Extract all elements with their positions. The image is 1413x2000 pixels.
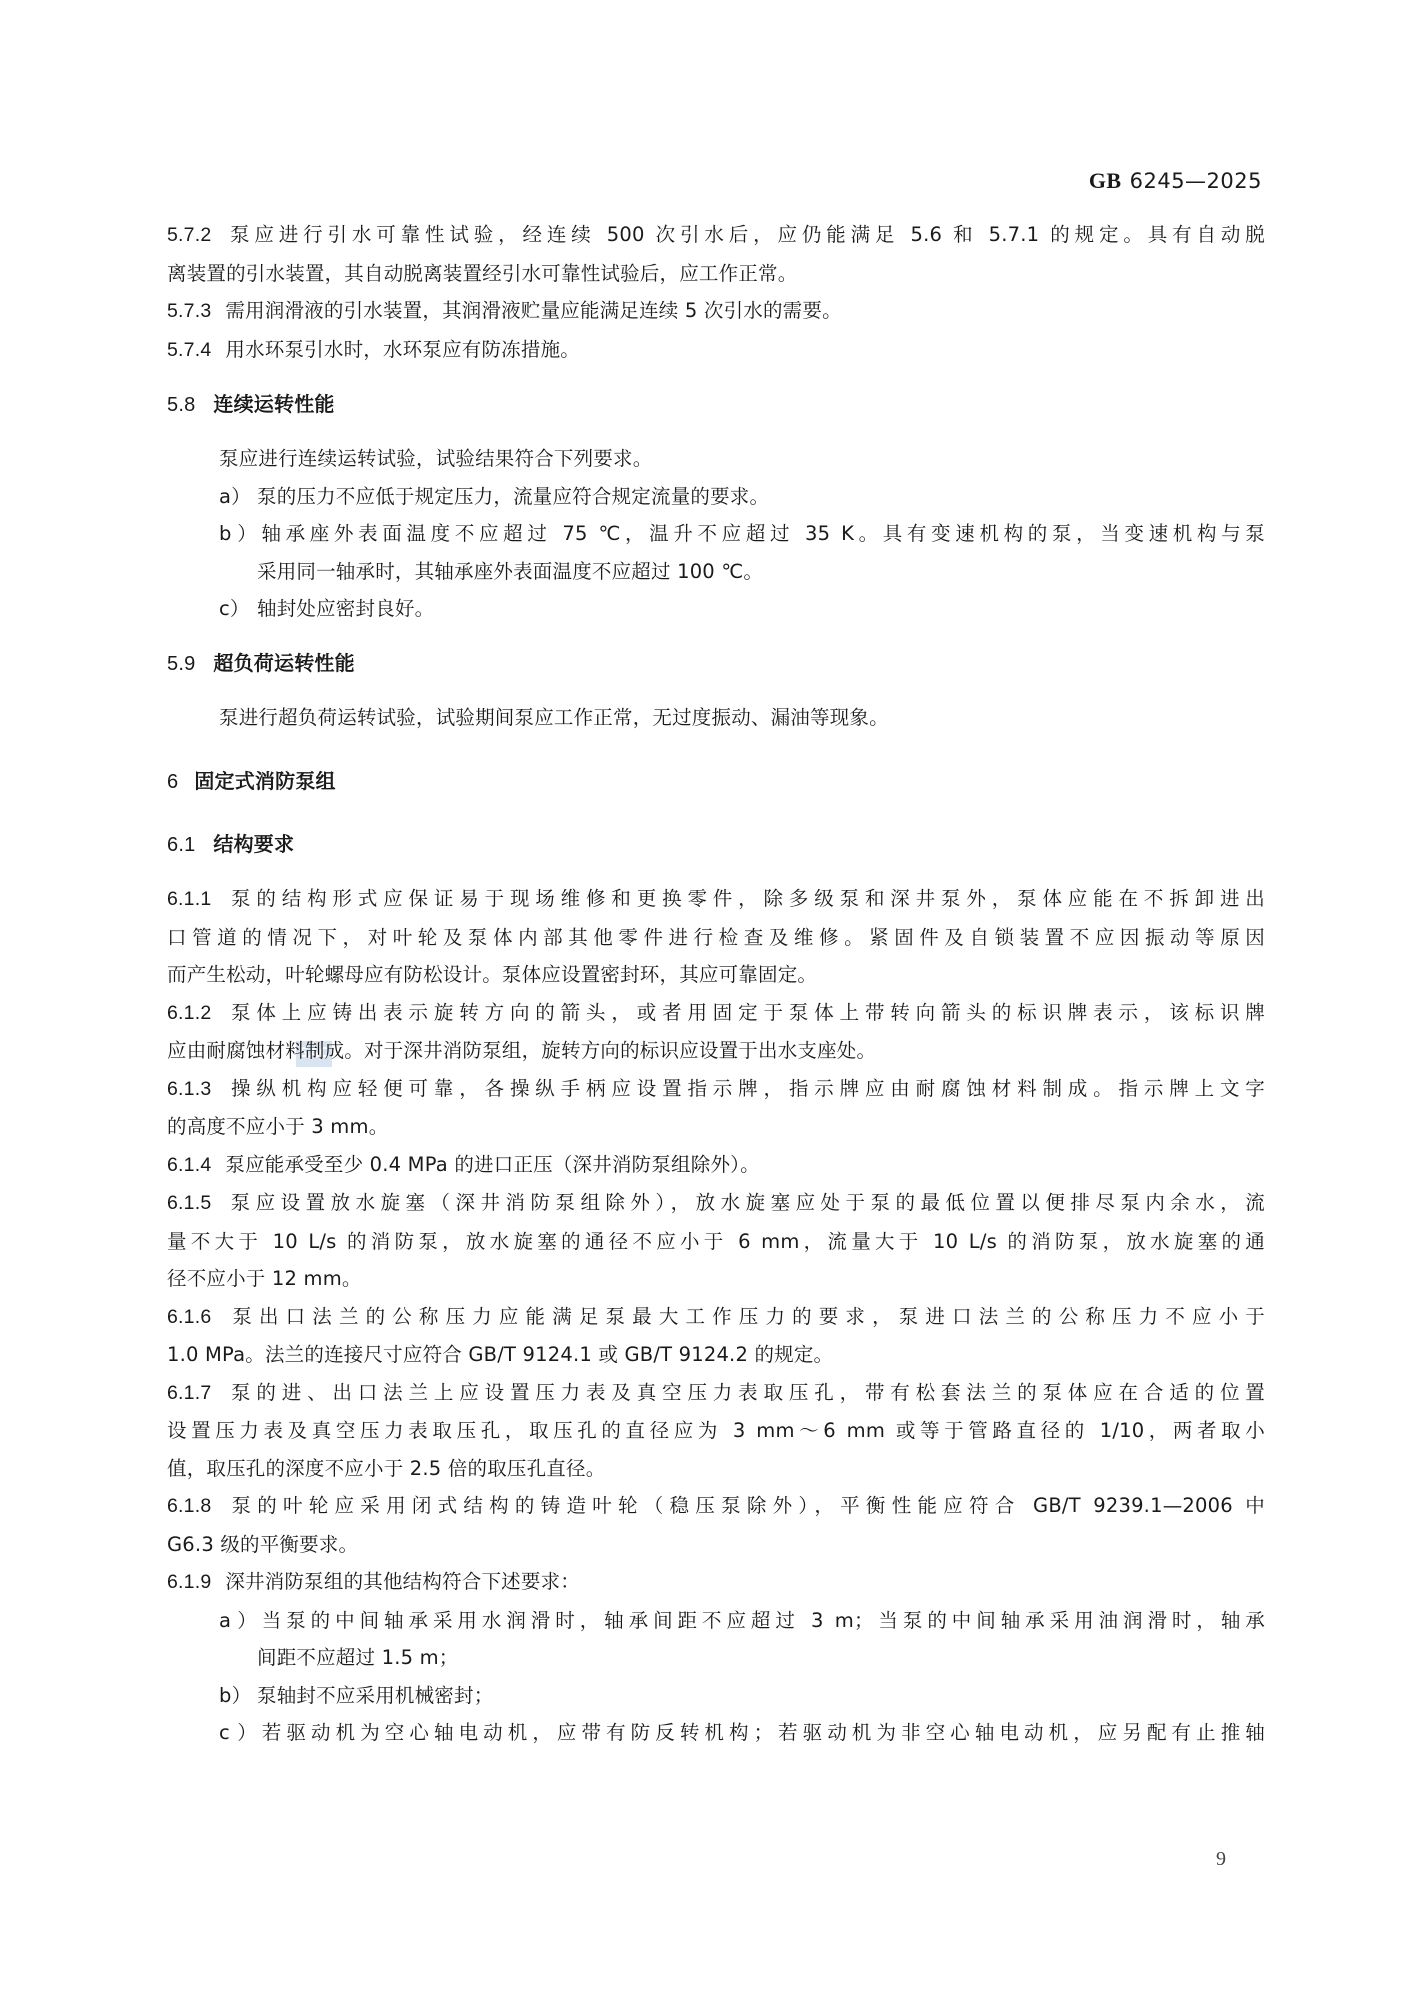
clause-6-1-5-line-1: 6.1.5泵应设置放水旋塞（深井消防泵组除外），放水旋塞应处于泵的最低位置以便排…: [167, 1184, 1265, 1223]
clause-6-1-5-line-2: 量不大于 10 L/s 的消防泵，放水旋塞的通径不应小于 6 mm，流量大于 1…: [167, 1223, 1265, 1261]
clause-number: 6.1.4: [167, 1147, 211, 1185]
clause-6-1-6-line-2: 1.0 MPa。法兰的连接尺寸应符合 GB/T 9124.1 或 GB/T 91…: [167, 1336, 1265, 1374]
document-page: GB6245—2025 SAC 5.7.2泵应进行引水可靠性试验，经连续 500…: [0, 0, 1413, 2000]
clause-6-1-6-line-1: 6.1.6泵出口法兰的公称压力应能满足泵最大工作压力的要求，泵进口法兰的公称压力…: [167, 1298, 1265, 1337]
item-label: a）: [219, 478, 257, 516]
clause-number: 5.7.4: [167, 332, 211, 370]
item-label: b）: [219, 515, 257, 553]
clause-6-1-9-item-c: c）若驱动机为空心轴电动机，应带有防反转机构；若驱动机为非空心轴电动机，应另配有…: [167, 1714, 1265, 1752]
item-label: b）: [219, 1677, 257, 1715]
clause-number: 6.1.9: [167, 1564, 211, 1602]
clause-6-1-5-line-3: 径不应小于 12 mm。: [167, 1260, 1265, 1298]
clause-6-1-9-item-b: b）泵轴封不应采用机械密封；: [167, 1677, 1265, 1715]
clause-5-7-2-line-1: 5.7.2泵应进行引水可靠性试验，经连续 500 次引水后，应仍能满足 5.6 …: [167, 216, 1265, 255]
heading-6: 6固定式消防泵组: [167, 762, 1265, 801]
clause-6-1-4: 6.1.4泵应能承受至少 0.4 MPa 的进口正压（深井消防泵组除外）。: [167, 1146, 1265, 1185]
heading-title: 结构要求: [213, 832, 294, 856]
clause-5-7-3: 5.7.3需用润滑液的引水装置，其润滑液贮量应能满足连续 5 次引水的需要。: [167, 292, 1265, 331]
clause-6-1-1-line-2: 口管道的情况下，对叶轮及泵体内部其他零件进行检查及维修。紧固件及自锁装置不应因振…: [167, 919, 1265, 957]
clause-6-1-1-line-1: 6.1.1泵的结构形式应保证易于现场维修和更换零件，除多级泵和深井泵外，泵体应能…: [167, 880, 1265, 919]
clause-number: 6.1.3: [167, 1071, 211, 1109]
heading-6-1: 6.1结构要求: [167, 825, 1265, 864]
clause-5-9-intro: 泵进行超负荷运转试验，试验期间泵应工作正常，无过度振动、漏油等现象。: [167, 699, 1265, 737]
clause-6-1-9-item-a-line-1: a）当泵的中间轴承采用水润滑时，轴承间距不应超过 3 m；当泵的中间轴承采用油润…: [167, 1602, 1265, 1640]
heading-title: 连续运转性能: [213, 392, 334, 416]
item-label: a）: [219, 1602, 257, 1640]
clause-5-8-item-b-line-2: 采用同一轴承时，其轴承座外表面温度不应超过 100 ℃。: [167, 553, 1265, 591]
clause-6-1-9-intro: 6.1.9深井消防泵组的其他结构符合下述要求：: [167, 1563, 1265, 1602]
clause-number: 5.7.3: [167, 293, 211, 331]
page-number: 9: [1216, 1848, 1226, 1871]
clause-6-1-3-line-1: 6.1.3操纵机构应轻便可靠，各操纵手柄应设置指示牌，指示牌应由耐腐蚀材料制成。…: [167, 1070, 1265, 1109]
clause-6-1-7-line-1: 6.1.7泵的进、出口法兰上应设置压力表及真空压力表取压孔，带有松套法兰的泵体应…: [167, 1374, 1265, 1413]
clause-5-8-item-a: a）泵的压力不应低于规定压力，流量应符合规定流量的要求。: [167, 478, 1265, 516]
clause-5-8-intro: 泵应进行连续运转试验，试验结果符合下列要求。: [167, 440, 1265, 478]
clause-number: 6.1.8: [167, 1488, 211, 1526]
clause-6-1-2-line-2: 应由耐腐蚀材料制成。对于深井消防泵组，旋转方向的标识应设置于出水支座处。: [167, 1032, 1265, 1070]
heading-number: 6: [167, 763, 178, 801]
clause-6-1-2-line-1: 6.1.2泵体上应铸出表示旋转方向的箭头，或者用固定于泵体上带转向箭头的标识牌表…: [167, 994, 1265, 1033]
standard-number: 6245—2025: [1130, 169, 1262, 193]
heading-5-9: 5.9超负荷运转性能: [167, 644, 1265, 683]
heading-number: 6.1: [167, 826, 195, 864]
clause-number: 6.1.7: [167, 1375, 211, 1413]
heading-title: 超负荷运转性能: [213, 651, 354, 675]
heading-title: 固定式消防泵组: [194, 769, 335, 793]
clause-6-1-1-line-3: 而产生松动，叶轮螺母应有防松设计。泵体应设置密封环，其应可靠固定。: [167, 956, 1265, 994]
clause-number: 6.1.2: [167, 995, 211, 1033]
standard-prefix: GB: [1089, 168, 1122, 193]
heading-number: 5.8: [167, 386, 195, 424]
clause-5-8-item-c: c）轴封处应密封良好。: [167, 590, 1265, 628]
heading-5-8: 5.8连续运转性能: [167, 385, 1265, 424]
clause-5-8-item-b-line-1: b）轴承座外表面温度不应超过 75 ℃，温升不应超过 35 K。具有变速机构的泵…: [167, 515, 1265, 553]
clause-number: 6.1.5: [167, 1185, 211, 1223]
heading-number: 5.9: [167, 645, 195, 683]
clause-6-1-7-line-2: 设置压力表及真空压力表取压孔，取压孔的直径应为 3 mm～6 mm 或等于管路直…: [167, 1412, 1265, 1450]
clause-5-7-4: 5.7.4用水环泵引水时，水环泵应有防冻措施。: [167, 331, 1265, 370]
clause-number: 5.7.2: [167, 217, 211, 255]
clause-5-7-2-line-2: 离装置的引水装置，其自动脱离装置经引水可靠性试验后，应工作正常。: [167, 255, 1265, 293]
clause-number: 6.1.6: [167, 1299, 211, 1337]
clause-6-1-8-line-1: 6.1.8泵的叶轮应采用闭式结构的铸造叶轮（稳压泵除外），平衡性能应符合 GB/…: [167, 1487, 1265, 1526]
standard-code-header: GB6245—2025: [1089, 168, 1262, 194]
clause-number: 6.1.1: [167, 881, 211, 919]
clause-6-1-9-item-a-line-2: 间距不应超过 1.5 m；: [167, 1639, 1265, 1677]
clause-6-1-7-line-3: 值，取压孔的深度不应小于 2.5 倍的取压孔直径。: [167, 1450, 1265, 1488]
clause-6-1-3-line-2: 的高度不应小于 3 mm。: [167, 1108, 1265, 1146]
clause-6-1-8-line-2: G6.3 级的平衡要求。: [167, 1526, 1265, 1564]
item-label: c）: [219, 590, 257, 628]
item-label: c）: [219, 1714, 257, 1752]
document-body: 5.7.2泵应进行引水可靠性试验，经连续 500 次引水后，应仍能满足 5.6 …: [167, 216, 1265, 1752]
